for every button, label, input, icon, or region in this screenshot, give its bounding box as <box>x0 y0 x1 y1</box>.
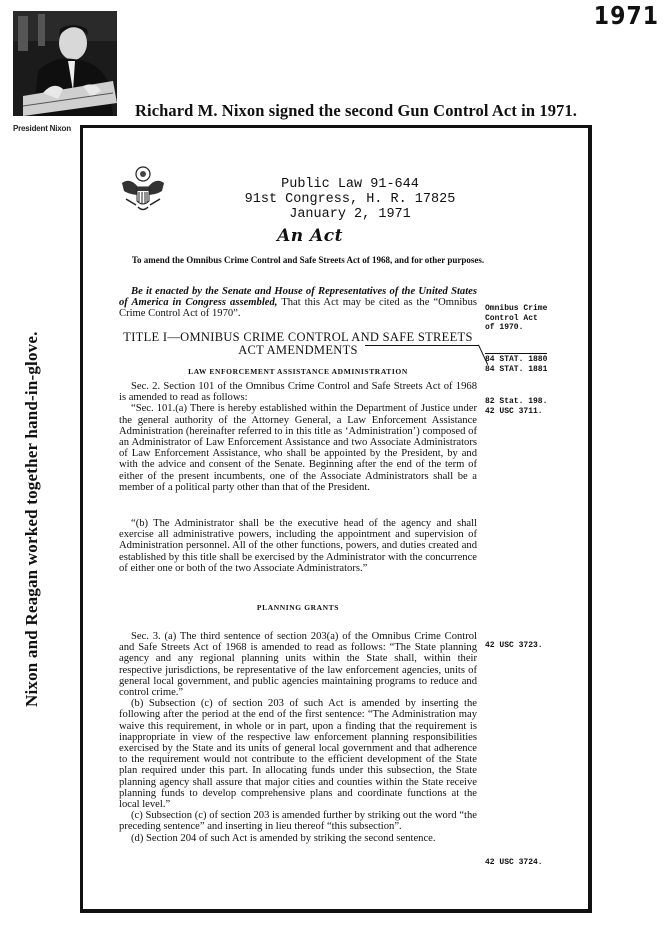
sec3-c: (c) Subsection (c) of section 203 is ame… <box>119 810 477 832</box>
title-heading: TITLE I—OMNIBUS CRIME CONTROL AND SAFE S… <box>119 331 477 357</box>
sec2-101a: “Sec. 101.(a) There is hereby establishe… <box>119 403 477 493</box>
sec2-101b: “(b) The Administrator shall be the exec… <box>119 518 477 574</box>
act-label: An Act <box>120 226 500 246</box>
margin-note-short-title: Omnibus Crime Control Act of 1970. <box>485 304 547 333</box>
stat-leader-line <box>365 345 479 346</box>
sec3-b: (b) Subsection (c) of section 203 of suc… <box>119 698 477 810</box>
section-2-b: “(b) The Administrator shall be the exec… <box>119 518 477 574</box>
margin-note-stat: 84 STAT. 1880 84 STAT. 1881 <box>485 353 547 374</box>
subhead-planning-grants: PLANNING GRANTS <box>119 603 477 612</box>
sec3-a: Sec. 3. (a) The third sentence of sectio… <box>119 631 477 698</box>
photo-caption: President Nixon <box>13 124 71 133</box>
margin-note-sec2-cite: 82 Stat. 198. 42 USC 3711. <box>485 397 547 416</box>
margin-note-sec3d-cite: 42 USC 3724. <box>485 858 543 868</box>
public-law-number: Public Law 91-644 <box>200 177 500 192</box>
enactment-date: January 2, 1971 <box>200 207 500 222</box>
side-caption: Nixon and Reagan worked together hand-in… <box>22 331 42 707</box>
sec3-d: (d) Section 204 of such Act is amended b… <box>119 833 477 844</box>
act-purpose: To amend the Omnibus Crime Control and S… <box>116 255 500 265</box>
law-heading: Public Law 91-644 91st Congress, H. R. 1… <box>200 177 500 222</box>
nixon-photo <box>13 11 117 116</box>
section-3: Sec. 3. (a) The third sentence of sectio… <box>119 631 477 844</box>
congress-bill: 91st Congress, H. R. 17825 <box>200 192 500 207</box>
sec2-intro: Sec. 2. Section 101 of the Omnibus Crime… <box>119 381 477 403</box>
headline: Richard M. Nixon signed the second Gun C… <box>135 101 577 121</box>
margin-note-sec3a-cite: 42 USC 3723. <box>485 641 543 651</box>
enacting-clause: Be it enacted by the Senate and House of… <box>119 286 477 320</box>
handwritten-year: 1971 <box>594 2 659 31</box>
subhead-leaa: LAW ENFORCEMENT ASSISTANCE ADMINISTRATIO… <box>119 367 477 376</box>
great-seal-icon <box>118 165 168 215</box>
portrait-image-icon <box>13 11 117 116</box>
section-2: Sec. 2. Section 101 of the Omnibus Crime… <box>119 381 477 493</box>
